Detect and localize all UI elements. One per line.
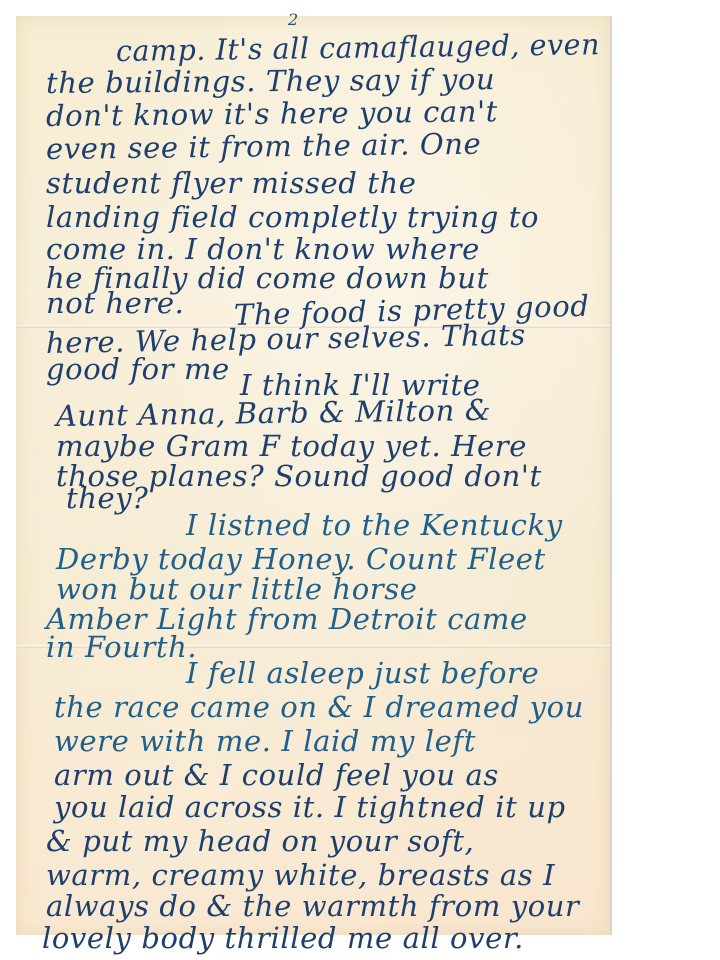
handwritten-line: student flyer missed the bbox=[46, 166, 596, 200]
letter-body: camp. It's all camaflauged, even the bui… bbox=[16, 16, 610, 935]
handwritten-line: warm, creamy white, breasts as I bbox=[46, 858, 596, 892]
handwritten-line: I fell asleep just before bbox=[186, 656, 596, 690]
handwritten-line: always do & the warmth from your bbox=[46, 889, 596, 923]
handwritten-line: arm out & I could feel you as bbox=[54, 758, 596, 792]
handwritten-line: you laid across it. I tightned it up bbox=[54, 790, 596, 824]
handwritten-line: landing field completly trying to bbox=[46, 200, 596, 234]
handwritten-line: won but our little horse bbox=[56, 572, 596, 606]
handwritten-line: were with me. I laid my left bbox=[54, 724, 596, 758]
handwritten-line: I listned to the Kentucky bbox=[186, 508, 596, 542]
handwritten-line: & put my head on your soft, bbox=[46, 824, 596, 858]
handwritten-line: even see it from the air. One bbox=[46, 125, 596, 166]
handwritten-line: Aunt Anna, Barb & Milton & bbox=[56, 391, 596, 433]
letter-page: 2 camp. It's all camaflauged, even the b… bbox=[16, 16, 612, 935]
handwritten-line: maybe Gram F today yet. Here bbox=[56, 429, 596, 463]
handwritten-line: lovely body thrilled me all over. bbox=[42, 921, 596, 955]
handwritten-line: the race came on & I dreamed you bbox=[54, 690, 596, 724]
handwritten-line: Derby today Honey. Count Fleet bbox=[56, 542, 596, 576]
